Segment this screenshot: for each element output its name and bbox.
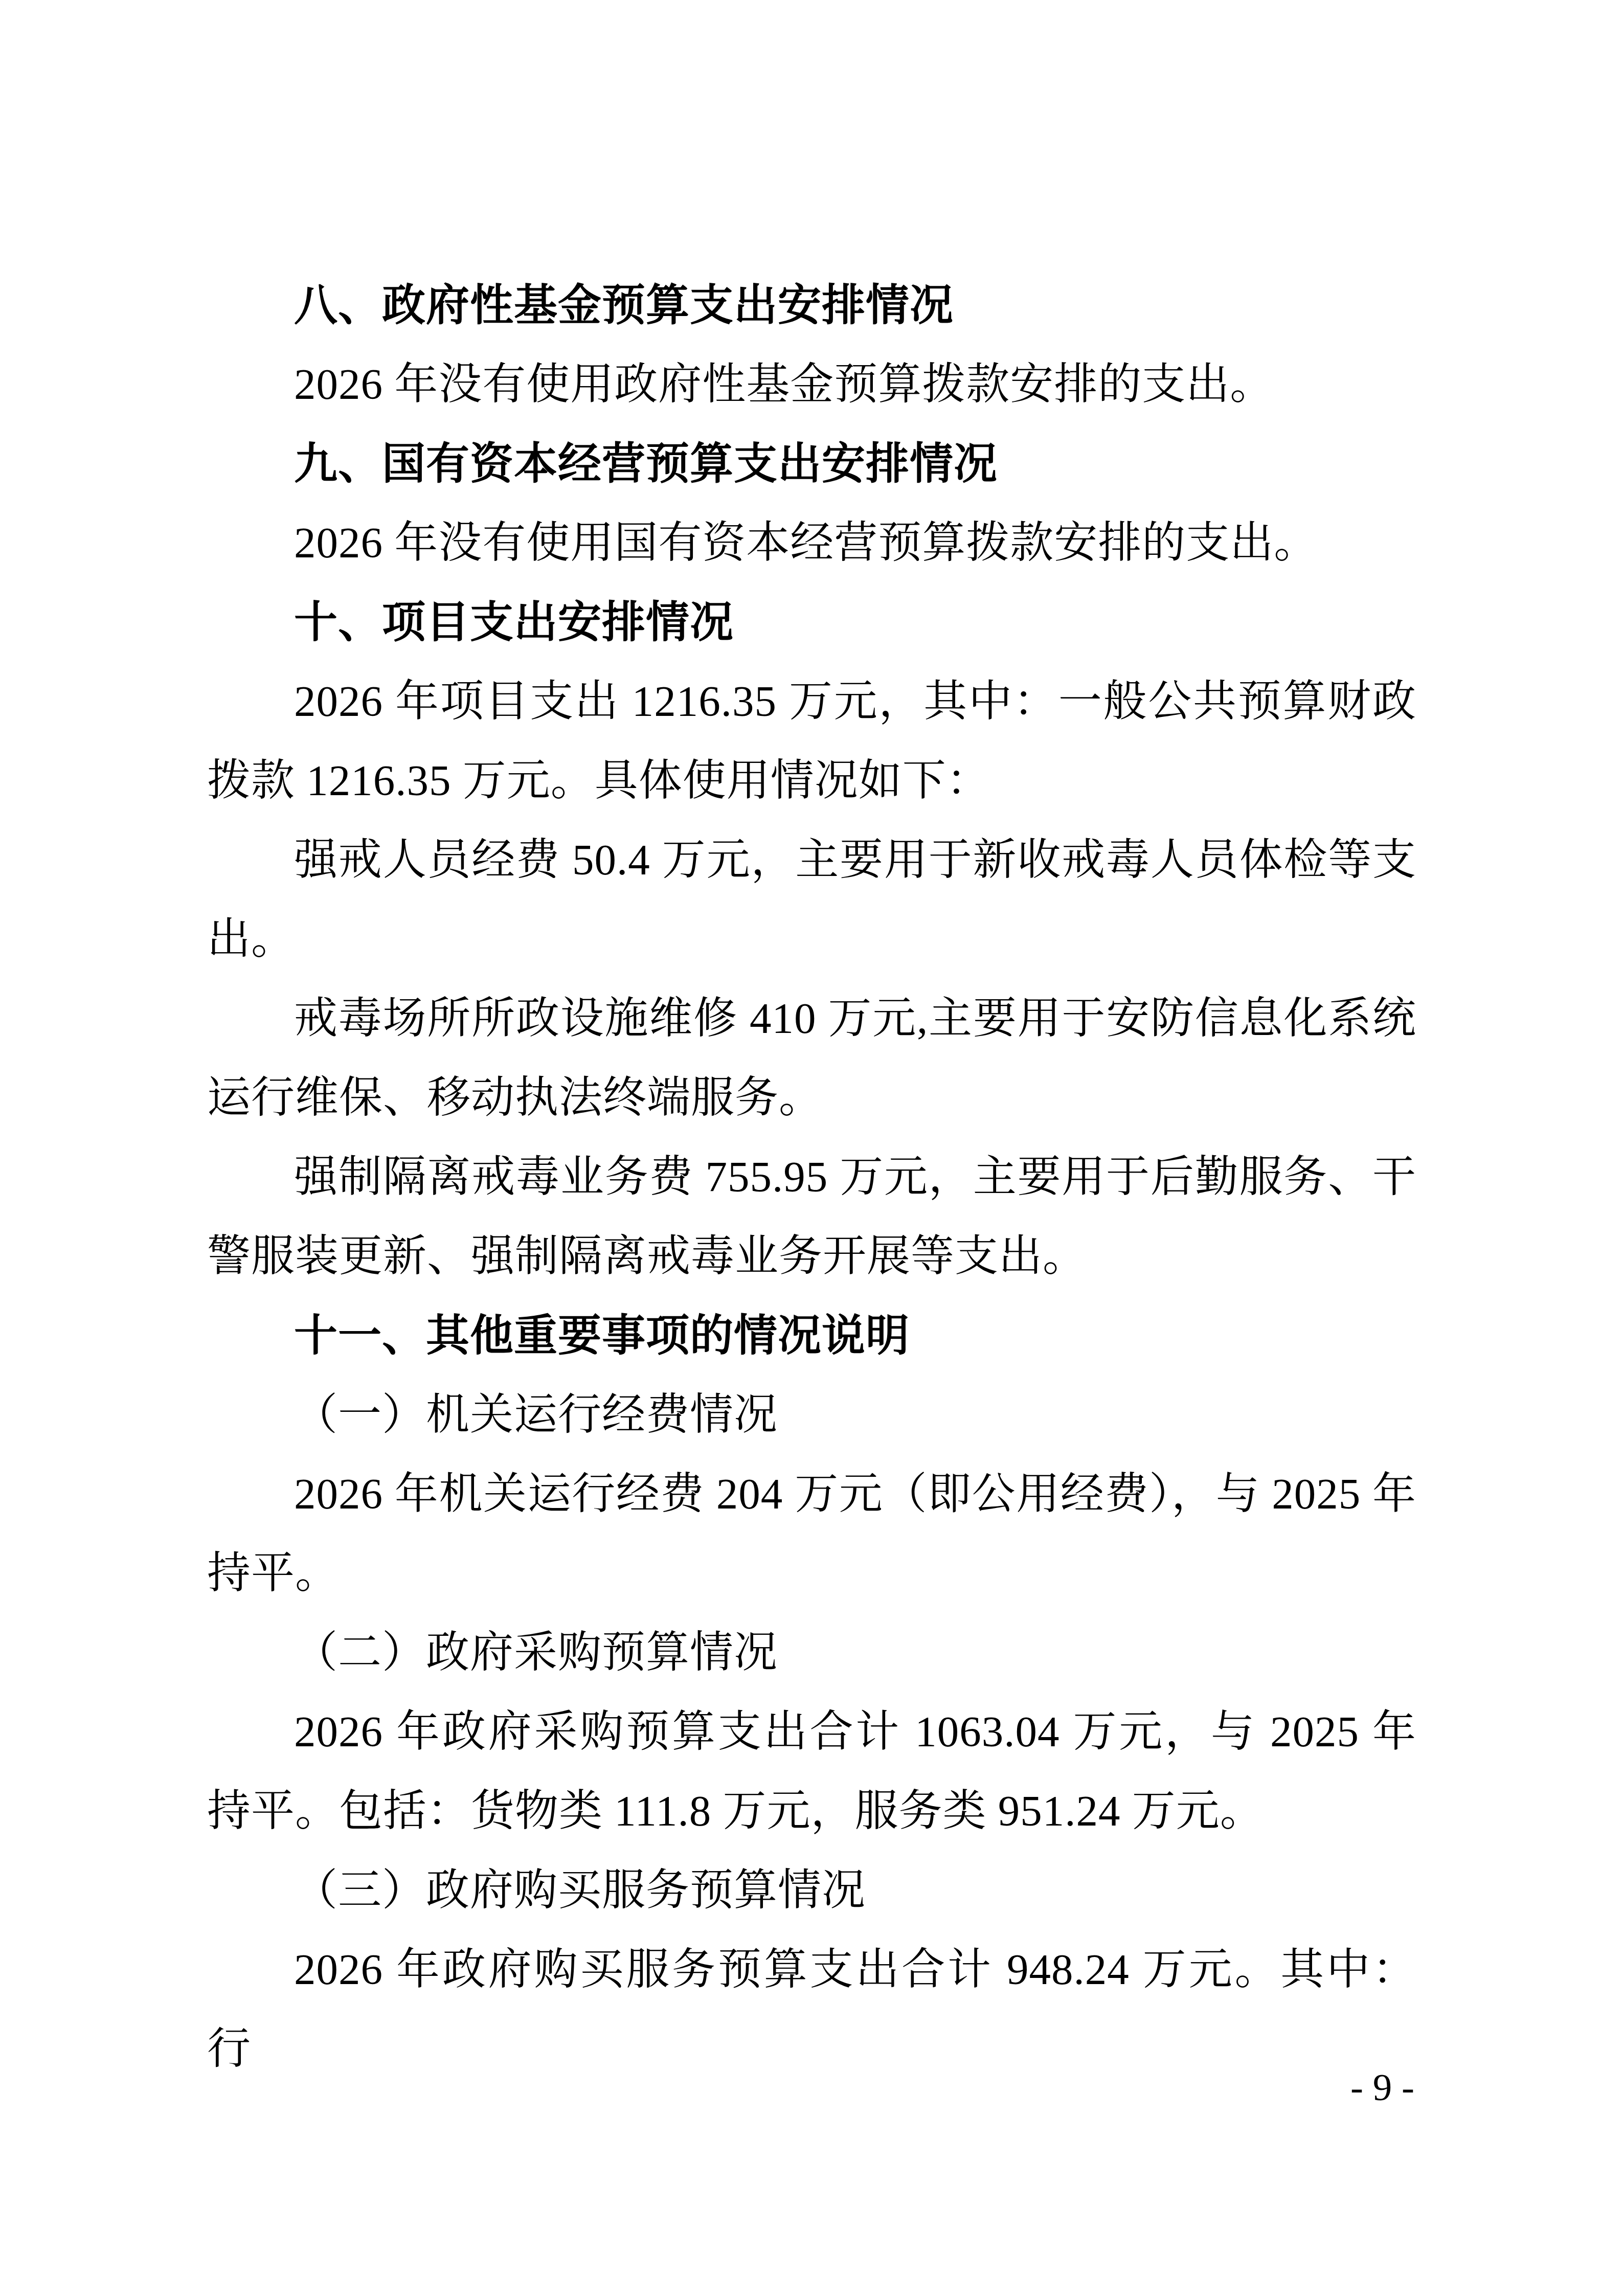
page-number: - 9 - [1350, 2063, 1414, 2112]
subheading-agency-operating-expense: （一）机关运行经费情况 [207, 1376, 1416, 1455]
document-body: 八、政府性基金预算支出安排情况 2026 年没有使用政府性基金预算拨款安排的支出… [207, 266, 1416, 2089]
paragraph-project-expenditure-total: 2026 年项目支出 1216.35 万元，其中：一般公共预算财政拨款 1216… [207, 662, 1416, 821]
paragraph-detainee-funds: 强戒人员经费 50.4 万元，主要用于新收戒毒人员体检等支出。 [207, 821, 1416, 979]
subheading-gov-purchase-services: （三）政府购买服务预算情况 [207, 1851, 1416, 1930]
document-page: 八、政府性基金预算支出安排情况 2026 年没有使用政府性基金预算拨款安排的支出… [0, 0, 1623, 2296]
subheading-gov-procurement-budget: （二）政府采购预算情况 [207, 1613, 1416, 1693]
section-heading-project-expenditure: 十、项目支出安排情况 [207, 583, 1416, 662]
paragraph-agency-operating-expense: 2026 年机关运行经费 204 万元（即公用经费），与 2025 年持平。 [207, 1455, 1416, 1613]
section-heading-state-capital-budget: 九、国有资本经营预算支出安排情况 [207, 424, 1416, 504]
paragraph-gov-procurement-budget: 2026 年政府采购预算支出合计 1063.04 万元，与 2025 年持平。包… [207, 1693, 1416, 1851]
section-heading-gov-fund-budget: 八、政府性基金预算支出安排情况 [207, 266, 1416, 345]
paragraph-state-capital-budget: 2026 年没有使用国有资本经营预算拨款安排的支出。 [207, 504, 1416, 583]
paragraph-isolation-rehab-fee: 强制隔离戒毒业务费 755.95 万元，主要用于后勤服务、干警服装更新、强制隔离… [207, 1138, 1416, 1296]
paragraph-gov-purchase-services: 2026 年政府购买服务预算支出合计 948.24 万元。其中：行 [207, 1930, 1416, 2089]
section-heading-other-matters: 十一、其他重要事项的情况说明 [207, 1296, 1416, 1376]
paragraph-gov-fund-budget: 2026 年没有使用政府性基金预算拨款安排的支出。 [207, 345, 1416, 424]
paragraph-facility-maintenance: 戒毒场所所政设施维修 410 万元,主要用于安防信息化系统运行维保、移动执法终端… [207, 979, 1416, 1138]
